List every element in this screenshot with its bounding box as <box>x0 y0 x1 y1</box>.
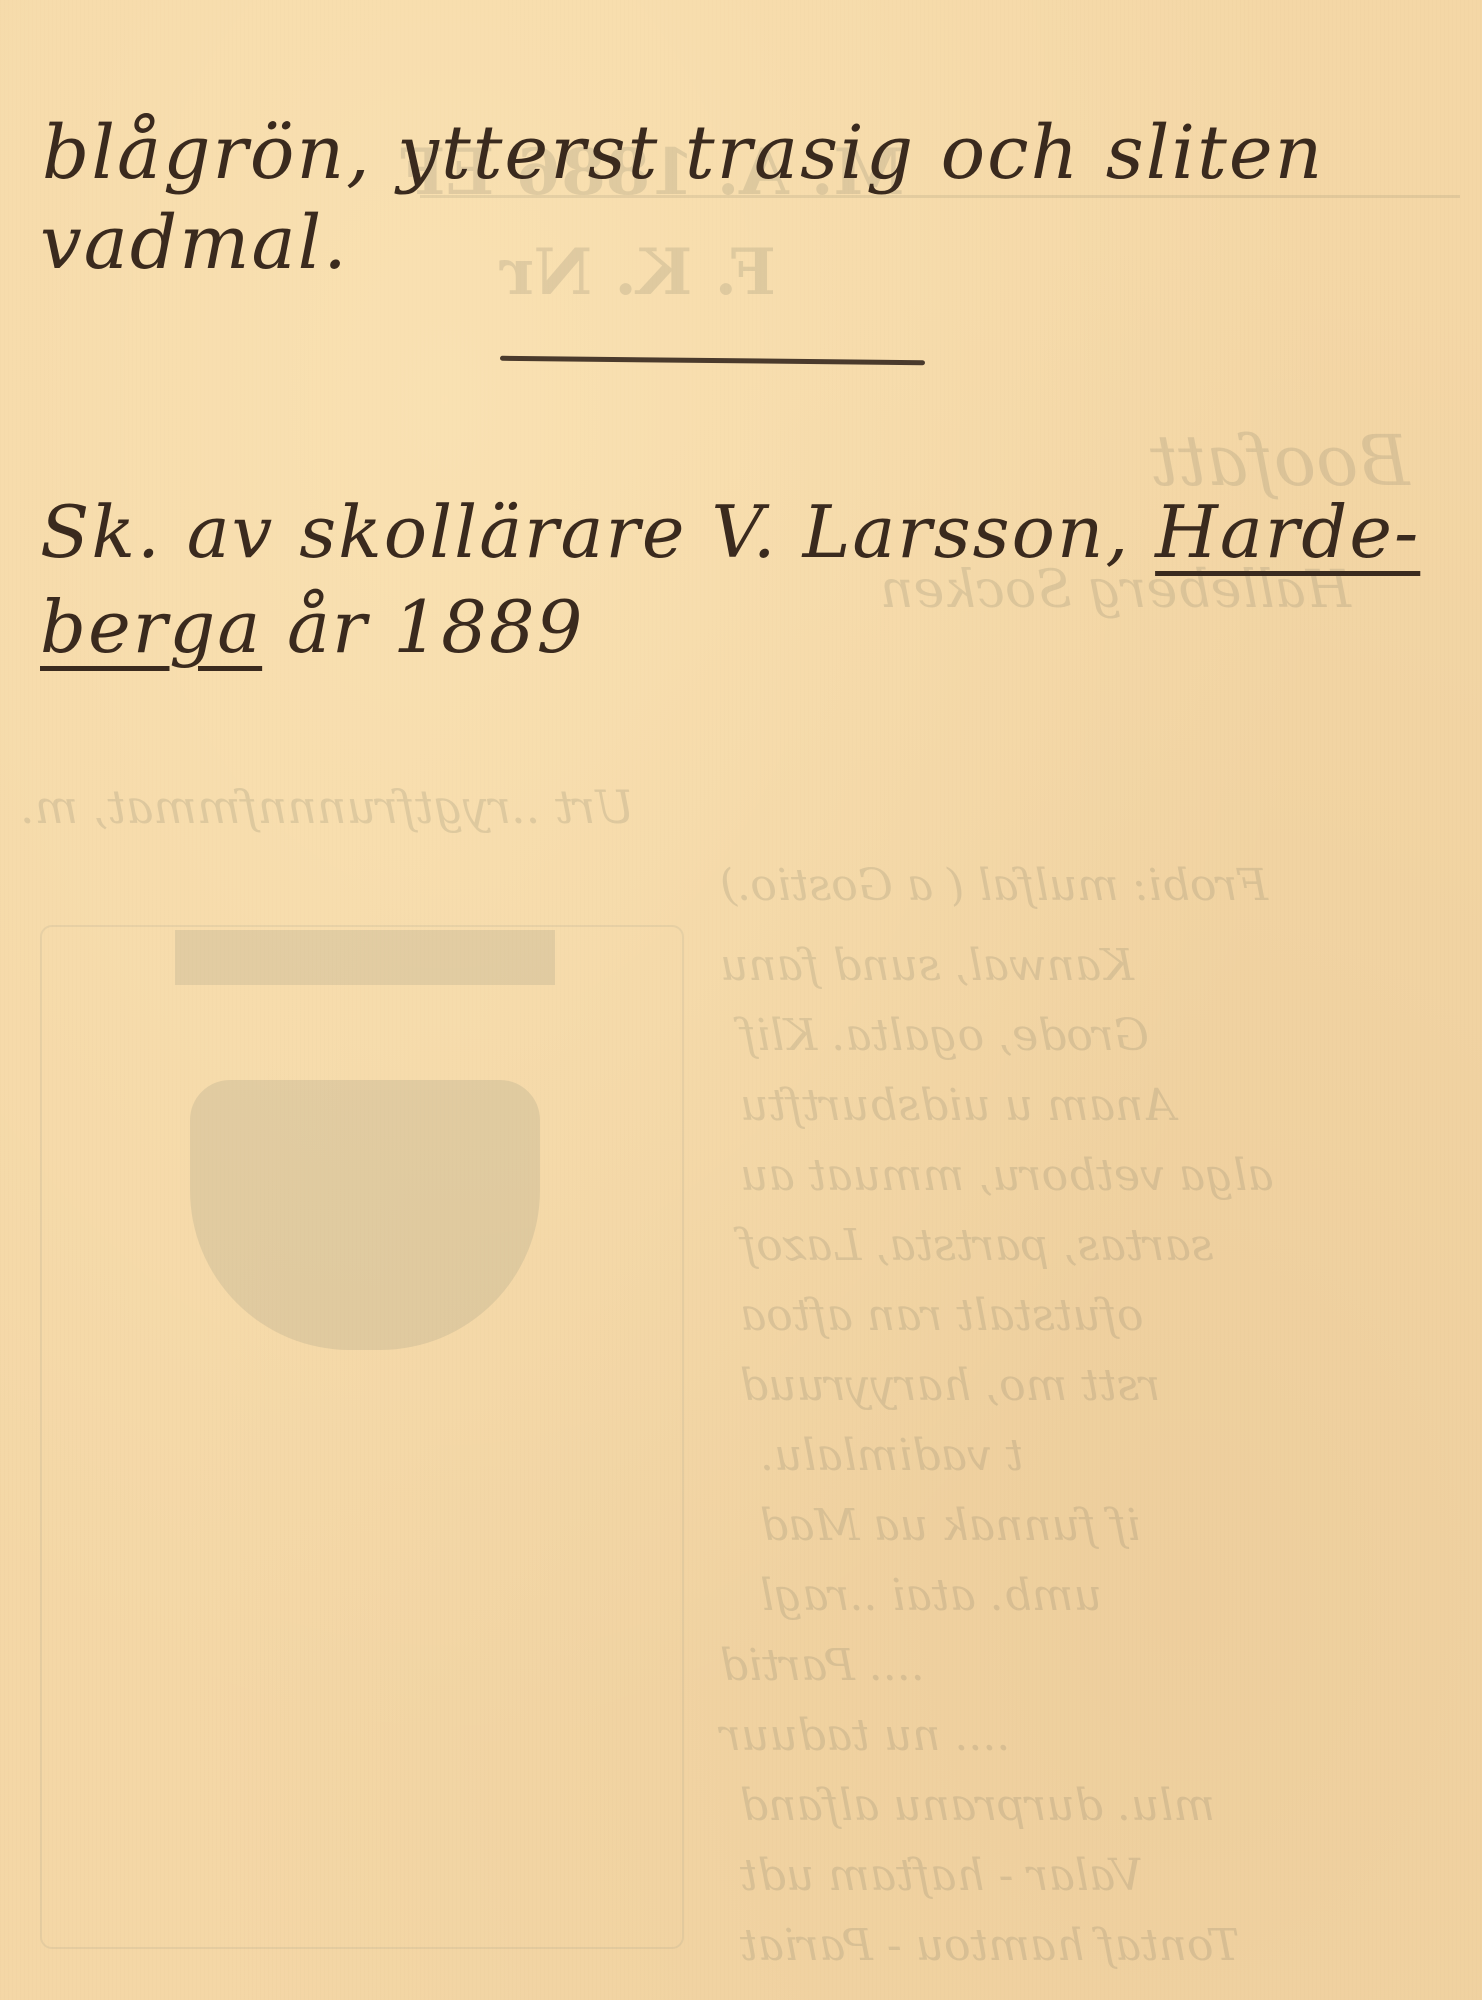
place-name-part1: Harde- <box>1155 490 1420 574</box>
bleed-through-script: Kanwal, sund fanu <box>720 940 1134 991</box>
bleed-through-script: alga vetboru, mmuat au <box>740 1150 1274 1201</box>
handwritten-line-4: berga år 1889 <box>40 585 585 669</box>
bleed-through-script: Valar - haftam udt <box>740 1850 1143 1901</box>
bleed-through-script: Tontaf hamtou - Pariat <box>740 1920 1239 1971</box>
handwritten-line-1: blågrön, ytterst trasig och sliten <box>42 110 1324 196</box>
bleed-through-script: Urt ..rygtfrunnnfmmat, m. <box>20 780 634 834</box>
bleed-through-script: Frobi: mulfal ( a Gostio.) <box>720 860 1268 911</box>
bleed-through-label <box>175 930 555 985</box>
bleed-through-script: ofutstalt ran aftoa <box>740 1290 1144 1341</box>
bleed-through-frame <box>40 925 684 1949</box>
collector-text: Sk. av skollärare V. Larsson, <box>40 490 1155 574</box>
bleed-through-script: rstt mo, haryyruud <box>740 1360 1160 1411</box>
separator-rule <box>500 356 925 365</box>
handwritten-line-3: Sk. av skollärare V. Larsson, Harde- <box>40 490 1420 574</box>
bleed-through-script: .... nu taduur <box>720 1710 1010 1761</box>
handwritten-line-2: vadmal. <box>40 200 349 286</box>
bleed-through-script: Grode, ogalta. Klif <box>740 1010 1149 1061</box>
bleed-through-script: .... Partid <box>720 1640 925 1691</box>
bleed-through-script: mlu. durpranu alfand <box>740 1780 1215 1831</box>
bleed-through-script: if funnak ua Mad <box>760 1500 1141 1551</box>
bleed-through-script: umb. atai ..ragl <box>760 1570 1102 1621</box>
bleed-through-script: sartas, partsta, Lazof <box>740 1220 1213 1271</box>
document-page: M. A. 1886 EF F. K. Nr Boofatt Halleberg… <box>0 0 1482 2000</box>
bleed-through-script: t vadimlalu. <box>760 1430 1023 1481</box>
bleed-through-number: F. K. Nr <box>500 235 776 310</box>
year-text: år 1889 <box>262 585 584 669</box>
bleed-through-script: Anam u uidsburtftu <box>740 1080 1175 1131</box>
place-name-part2: berga <box>40 585 262 669</box>
